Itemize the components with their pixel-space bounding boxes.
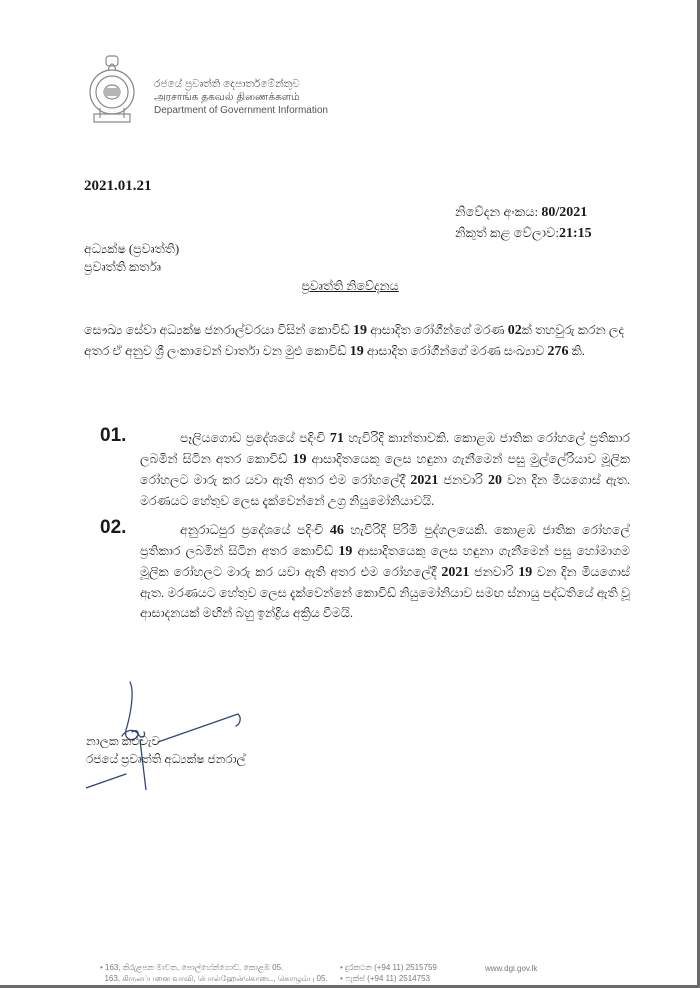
footer-address: • 163, කිරුළපන මාවත, පොල්හේන්ගොඩ, කොළඹ 0… <box>100 962 328 984</box>
document-heading: ප්‍රවෘත්ති නිවේදනය <box>0 279 700 294</box>
addressee-line-1: අධ්‍යක්ෂ (ප්‍රවෘත්ති) <box>84 240 179 258</box>
release-time: 21:15 <box>559 226 592 241</box>
item-number: 01. <box>100 425 126 447</box>
letterhead-english: Department of Government Information <box>154 104 328 117</box>
letterhead-sinhala: රජයේ ප්‍රවෘත්ති දෙපාර්තමේන්තුව <box>154 78 328 91</box>
release-number: 80/2021 <box>541 205 587 220</box>
footer-fax: (+94 11) 2514753 <box>367 974 430 983</box>
intro-paragraph: සෞඛ්‍ය සේවා අධ්‍යක්ෂ ජනරාල්වරයා විසින් ක… <box>84 320 624 362</box>
letterhead: රජයේ ප්‍රවෘත්ති දෙපාර්තමේන්තුව அரசாங்க த… <box>86 48 386 128</box>
footer-contact: • දුරකථන (+94 11) 2515759 • ෆැක්ස් (+94 … <box>340 962 437 984</box>
footer-website: www.dgi.gov.lk <box>485 964 537 973</box>
addressee-line-2: ප්‍රවෘත්ති කර්තෘ <box>84 258 179 276</box>
signatory-name: නාලක කළුවැව <box>86 732 246 750</box>
footer-phone: (+94 11) 2515759 <box>374 963 437 972</box>
addressee: අධ්‍යක්ෂ (ප්‍රවෘත්ති) ප්‍රවෘත්ති කර්තෘ <box>84 240 179 276</box>
death-report-item: 02. අනුරාධපුර ප්‍රදේශයේ පදිංචි 46 හැවිරි… <box>100 520 630 623</box>
death-report-item: 01. පෑලියගොඩ ප්‍රදේශයේ පදිංචි 71 හැවිරිද… <box>100 428 630 511</box>
letterhead-tamil: அரசாங்க தகவல் திணைக்களம் <box>154 91 328 104</box>
signature-block: නාලක කළුවැව රජයේ ප්‍රවෘත්ති අධ්‍යක්ෂ ජනර… <box>86 680 326 790</box>
item-number: 02. <box>100 517 126 539</box>
item-text: අනුරාධපුර ප්‍රදේශයේ පදිංචි 46 හැවිරිදි ප… <box>140 520 630 623</box>
item-text: පෑලියගොඩ ප්‍රදේශයේ පදිංචි 71 හැවිරිදි කා… <box>140 428 630 511</box>
total-deaths: 276 <box>547 344 568 359</box>
release-number-label: නිවේදන අංකය: <box>455 204 538 219</box>
release-time-label: නිකුත් කළ වේලාව: <box>455 225 559 240</box>
release-date: 2021.01.21 <box>84 178 152 195</box>
signatory-title: රජයේ ප්‍රවෘත්ති අධ්‍යක්ෂ ජනරාල් <box>86 750 246 768</box>
sri-lanka-emblem-icon <box>86 48 138 126</box>
release-reference: නිවේදන අංකය: 80/2021 නිකුත් කළ වේලාව:21:… <box>455 202 592 244</box>
